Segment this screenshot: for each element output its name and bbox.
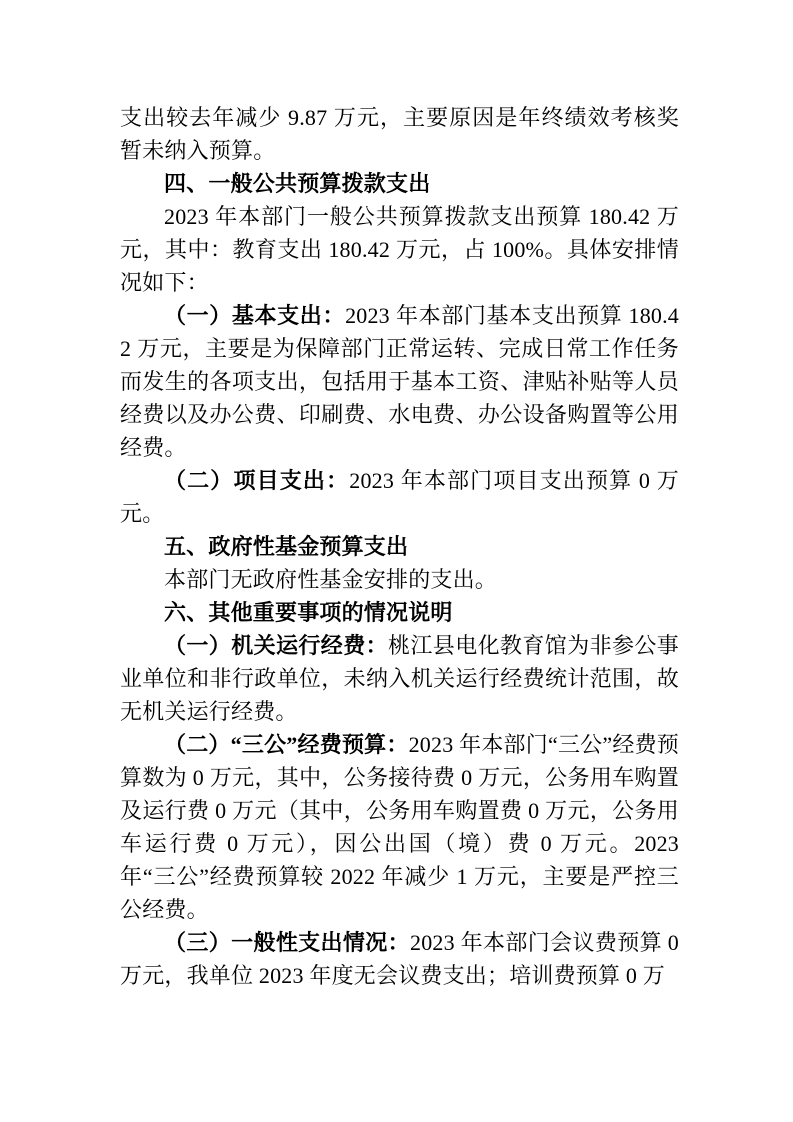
paragraph-lead: （二）项目支出：	[164, 468, 349, 493]
paragraph-general-budget-expenditure-summary: 2023 年本部门一般公共预算拨款支出预算 180.42 万元，其中：教育支出 …	[120, 200, 679, 299]
paragraph-project-expenditure: （二）项目支出：2023 年本部门项目支出预算 0 万元。	[120, 464, 679, 530]
heading-section-4-general-public-budget-expenditure: 四、一般公共预算拨款支出	[120, 167, 679, 200]
paragraph-lead: （一）基本支出：	[164, 303, 345, 328]
paragraph-carryover-expenditure-note: 支出较去年减少 9.87 万元，主要原因是年终绩效考核奖暂未纳入预算。	[120, 101, 679, 167]
paragraph-text: 本部门无政府性基金安排的支出。	[164, 567, 497, 592]
paragraph-general-expenditure-situation: （三）一般性支出情况：2023 年本部门会议费预算 0 万元，我单位 2023 …	[120, 926, 679, 992]
heading-text: 五、政府性基金预算支出	[164, 534, 408, 559]
heading-section-6-other-important-matters: 六、其他重要事项的情况说明	[120, 596, 679, 629]
paragraph-agency-operating-funds: （一）机关运行经费：桃江县电化教育馆为非参公事业单位和非行政单位，未纳入机关运行…	[120, 629, 679, 728]
heading-text: 四、一般公共预算拨款支出	[164, 171, 430, 196]
paragraph-text: 支出较去年减少 9.87 万元，主要原因是年终绩效考核奖暂未纳入预算。	[120, 105, 679, 163]
paragraph-text: 2023 年本部门一般公共预算拨款支出预算 180.42 万元，其中：教育支出 …	[120, 204, 679, 295]
paragraph-lead: （二）“三公”经费预算：	[164, 732, 409, 757]
paragraph-basic-expenditure: （一）基本支出：2023 年本部门基本支出预算 180.42 万元，主要是为保障…	[120, 299, 679, 464]
heading-section-5-government-fund-budget-expenditure: 五、政府性基金预算支出	[120, 530, 679, 563]
paragraph-text: 2023 年本部门“三公”经费预算数为 0 万元，其中，公务接待费 0 万元，公…	[120, 732, 679, 922]
document-page: 支出较去年减少 9.87 万元，主要原因是年终绩效考核奖暂未纳入预算。 四、一般…	[0, 0, 793, 1122]
paragraph-three-public-funds-budget: （二）“三公”经费预算：2023 年本部门“三公”经费预算数为 0 万元，其中，…	[120, 728, 679, 926]
paragraph-lead: （三）一般性支出情况：	[164, 930, 410, 955]
heading-text: 六、其他重要事项的情况说明	[164, 600, 453, 625]
paragraph-lead: （一）机关运行经费：	[164, 633, 388, 658]
paragraph-no-government-fund: 本部门无政府性基金安排的支出。	[120, 563, 679, 596]
